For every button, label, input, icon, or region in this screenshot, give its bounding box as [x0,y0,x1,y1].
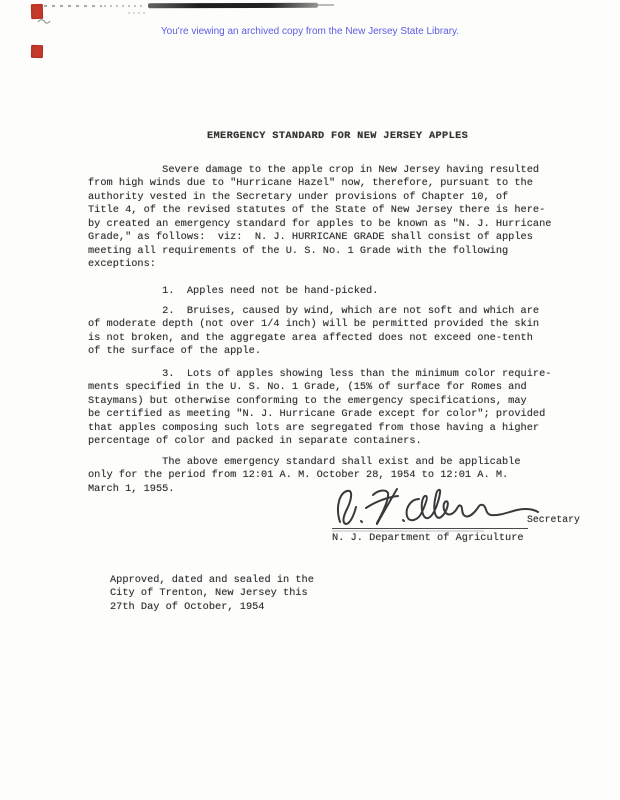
scan-smear-artifact [148,3,318,8]
scan-smear-artifact [318,4,334,6]
signatory-title: Secretary [527,513,580,526]
scan-squiggle-artifact [37,18,51,25]
scanned-document-page: You're viewing an archived copy from the… [0,0,620,800]
document-title: EMERGENCY STANDARD FOR NEW JERSEY APPLES [207,130,468,143]
archive-banner-text: You're viewing an archived copy from the… [0,26,620,37]
scan-smear-artifact [128,12,148,14]
exception-item-3: 3. Lots of apples showing less than the … [88,368,551,449]
department-name: N. J. Department of Agriculture [332,532,524,545]
signature-handwriting [333,486,555,530]
scan-smear-artifact [36,5,102,7]
exception-item-1: 1. Apples need not be hand-picked. [88,285,378,298]
scan-smear-artifact [104,5,146,7]
approval-block: Approved, dated and sealed in the City o… [110,574,314,614]
red-pencil-mark [31,4,43,19]
paragraph-preamble: Severe damage to the apple crop in New J… [88,164,551,272]
signature-line [332,528,528,529]
red-pencil-mark [31,45,43,58]
exception-item-2: 2. Bruises, caused by wind, which are no… [88,305,539,359]
